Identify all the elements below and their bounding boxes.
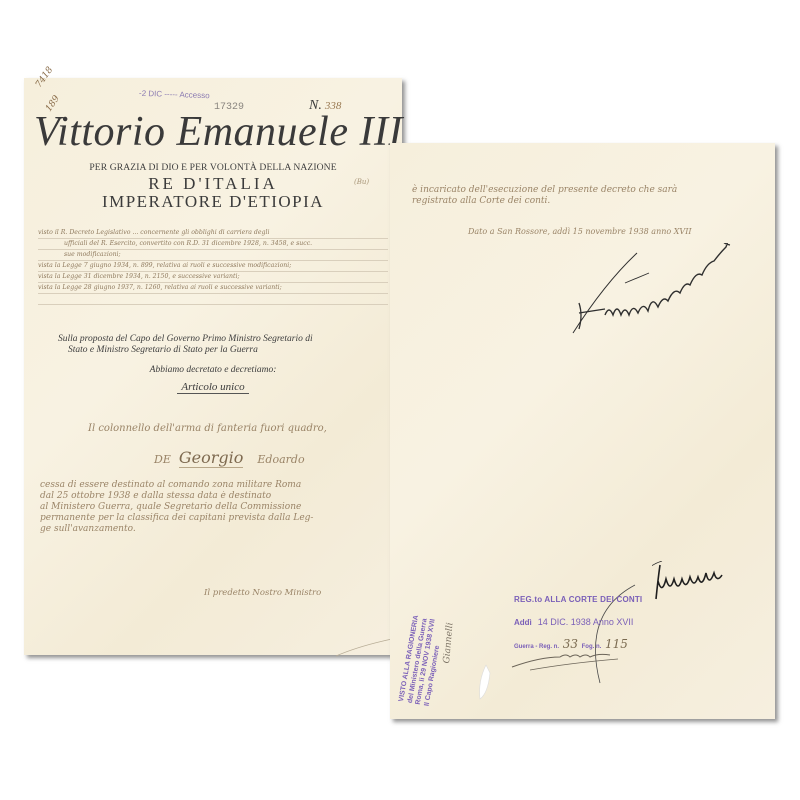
court-stamp-date-value: 14 DIC. 1938 Anno XVII bbox=[538, 617, 634, 627]
body-line: cessa di essere destinato al comando zon… bbox=[40, 480, 400, 491]
name-prefix: DE bbox=[154, 453, 171, 466]
decree-body: cessa di essere destinato al comando zon… bbox=[40, 480, 400, 535]
minister-signature: Mussolini bbox=[652, 561, 732, 610]
king-signature: Vittorio Emanuele bbox=[565, 243, 765, 342]
minister-signature-icon bbox=[652, 561, 732, 606]
name-given: Edoardo bbox=[257, 453, 304, 466]
monarch-name-heading: Vittorio Emanuele III bbox=[34, 108, 394, 156]
body-line: al Ministero Guerra, quale Segretario de… bbox=[40, 502, 400, 513]
place-date: Dato a San Rossore, addì 15 novembre 193… bbox=[468, 227, 692, 236]
decree-page-2: è incaricato dell'esecuzione del present… bbox=[390, 143, 775, 719]
accountant-signature: Bianchi bbox=[510, 649, 620, 675]
court-stamp-addi-label: Addì bbox=[514, 618, 532, 627]
archive-note: 7418 bbox=[34, 65, 55, 89]
margin-mark: (Bu) bbox=[354, 178, 369, 186]
received-date-stamp: -2 DIC ----- Accesso bbox=[139, 89, 210, 100]
closing-line: Il predetto Nostro Ministro bbox=[204, 588, 321, 598]
body-line: permanente per la classifica dei capitan… bbox=[40, 513, 400, 524]
title-king: RE D'ITALIA bbox=[24, 174, 402, 194]
visto-line: vista la Legge 7 giugno 1934, n. 899, re… bbox=[38, 261, 388, 272]
proposal-text: Sulla proposta del Capo del Governo Prim… bbox=[58, 334, 368, 356]
visto-line: ufficiali del R. Esercito, convertito co… bbox=[38, 239, 388, 250]
clause-line: è incaricato dell'esecuzione del present… bbox=[412, 185, 752, 196]
body-line: ge sull'avanzamento. bbox=[40, 524, 400, 535]
article-label: Articolo unico bbox=[177, 381, 248, 394]
visto-line: sue modificazioni; bbox=[38, 250, 388, 261]
visto-line: vista la Legge 31 dicembre 1934, n. 2150… bbox=[38, 272, 388, 283]
clause-line: registrato alla Corte dei conti. bbox=[412, 196, 752, 207]
execution-clause: è incaricato dell'esecuzione del present… bbox=[412, 185, 752, 207]
visto-line: vista la Legge 28 giugno 1937, n. 1260, … bbox=[38, 283, 388, 294]
court-stamp-date: Addì14 DIC. 1938 Anno XVII bbox=[514, 617, 633, 627]
ragioneria-stamp: VISTO ALLA RAGIONERIA del Ministero dell… bbox=[398, 615, 447, 707]
article-heading: Articolo unico bbox=[24, 381, 402, 393]
proposal-line-1: Sulla proposta del Capo del Governo Prim… bbox=[58, 334, 313, 344]
visto-line-blank bbox=[38, 294, 388, 305]
court-stamp-title: REG.to ALLA CORTE DEI CONTI bbox=[514, 595, 642, 604]
king-signature-icon bbox=[565, 243, 765, 338]
name-surname: Georgio bbox=[179, 448, 244, 468]
pencil-mark-icon bbox=[334, 638, 394, 658]
wax-seal-icon bbox=[474, 663, 494, 703]
body-line: dal 25 ottobre 1938 e dalla stessa data … bbox=[40, 491, 400, 502]
visto-line: visto il R. Decreto Legislativo ... conc… bbox=[38, 228, 388, 239]
accountant-signature-icon bbox=[510, 649, 620, 671]
decreed-formula: Abbiamo decretato e decretiamo: bbox=[24, 365, 402, 375]
proposal-line-2: Stato e Ministro Segretario di Stato per… bbox=[58, 345, 368, 356]
visto-preamble: visto il R. Decreto Legislativo ... conc… bbox=[38, 228, 388, 305]
officer-name: DEGeorgioEdoardo bbox=[154, 448, 305, 467]
pencil-signature: Giannelli bbox=[442, 622, 456, 664]
title-emperor: IMPERATORE D'ETIOPIA bbox=[24, 192, 402, 212]
grace-line: PER GRAZIA DI DIO E PER VOLONTÀ DELLA NA… bbox=[24, 162, 402, 173]
colonel-line: Il colonnello dell'arma di fanteria fuor… bbox=[88, 423, 327, 434]
decree-page-1: 7418 189 -2 DIC ----- Accesso 17329 N.33… bbox=[24, 78, 402, 655]
